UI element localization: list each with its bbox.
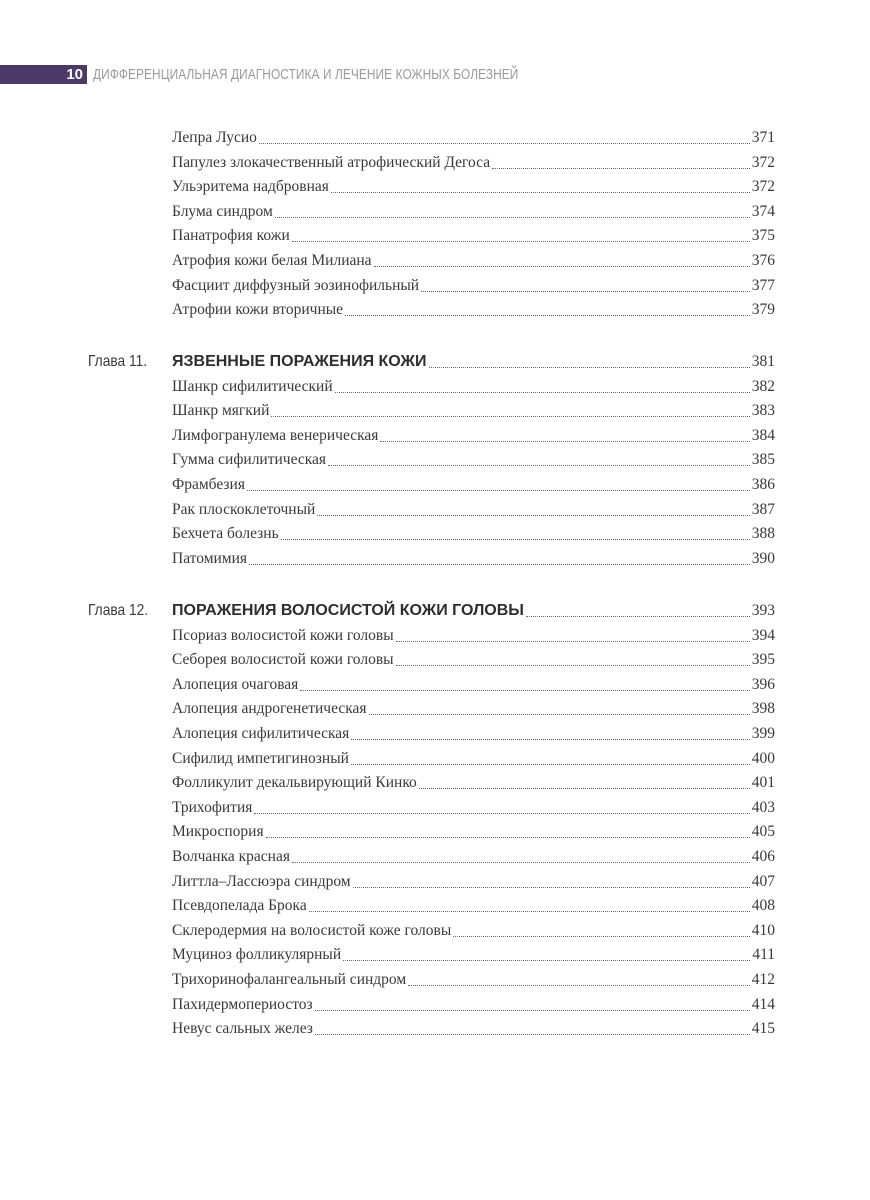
- entry-page-number: 405: [752, 821, 775, 843]
- dot-leader: [271, 415, 749, 417]
- dot-leader: [369, 713, 750, 715]
- entry-page-number: 376: [752, 250, 775, 272]
- entry-title: Сифилид импетигинозный: [172, 748, 349, 770]
- toc-entry[interactable]: Алопеция очаговая396: [172, 674, 775, 696]
- entry-title: Невус сальных желез: [172, 1018, 313, 1040]
- entry-title: Панатрофия кожи: [172, 225, 290, 247]
- toc-entry[interactable]: Трихоринофалангеальный синдром412: [172, 969, 775, 991]
- dot-leader: [275, 216, 750, 218]
- entry-page-number: 379: [752, 299, 775, 321]
- entry-title: Трихофития: [172, 797, 252, 819]
- entry-page-number: 383: [752, 400, 775, 422]
- chapter-label: Глава 12.: [88, 600, 160, 622]
- toc-entry[interactable]: Псориаз волосистой кожи головы394: [172, 625, 775, 647]
- entry-title: Псориаз волосистой кожи головы: [172, 625, 394, 647]
- entry-page-number: 403: [752, 797, 775, 819]
- chapter-heading[interactable]: Глава 11.ЯЗВЕННЫЕ ПОРАЖЕНИЯ КОЖИ381: [88, 351, 775, 373]
- entry-page-number: 385: [752, 449, 775, 471]
- toc-entry[interactable]: Шанкр сифилитический382: [172, 376, 775, 398]
- dot-leader: [351, 763, 750, 765]
- dot-leader: [408, 984, 750, 986]
- toc-entry[interactable]: Псевдопелада Брока408: [172, 895, 775, 917]
- toc-entry[interactable]: Лепра Лусио371: [172, 127, 775, 149]
- entry-title: Фасциит диффузный эозинофильный: [172, 275, 419, 297]
- running-header: 10 ДИФФЕРЕНЦИАЛЬНАЯ ДИАГНОСТИКА И ЛЕЧЕНИ…: [0, 65, 612, 84]
- entry-title: Лепра Лусио: [172, 127, 257, 149]
- chapter-title: ЯЗВЕННЫЕ ПОРАЖЕНИЯ КОЖИ: [172, 351, 427, 373]
- toc-entry[interactable]: Патомимия390: [172, 548, 775, 570]
- entry-title: Папулез злокачественный атрофический Дег…: [172, 152, 490, 174]
- dot-leader: [317, 514, 749, 516]
- entry-title: Бехчета болезнь: [172, 523, 279, 545]
- chapter-page-number: 393: [752, 600, 775, 622]
- entry-page-number: 398: [752, 698, 775, 720]
- dot-leader: [300, 689, 749, 691]
- running-title: ДИФФЕРЕНЦИАЛЬНАЯ ДИАГНОСТИКА И ЛЕЧЕНИЕ К…: [93, 67, 518, 83]
- dot-leader: [345, 314, 750, 316]
- entry-page-number: 388: [752, 523, 775, 545]
- entry-title: Ульэритема надбровная: [172, 176, 329, 198]
- entry-title: Литтла–Лассюэра синдром: [172, 871, 351, 893]
- toc-entry[interactable]: Литтла–Лассюэра синдром407: [172, 871, 775, 893]
- dot-leader: [419, 787, 750, 789]
- dot-leader: [380, 440, 749, 442]
- entry-title: Алопеция андрогенетическая: [172, 698, 367, 720]
- entry-title: Муциноз фолликулярный: [172, 944, 341, 966]
- toc-entry[interactable]: Муциноз фолликулярный411: [172, 944, 775, 966]
- toc-entry[interactable]: Невус сальных желез415: [172, 1018, 775, 1040]
- dot-leader: [453, 935, 750, 937]
- dot-leader: [266, 836, 750, 838]
- chapter-title: ПОРАЖЕНИЯ ВОЛОСИСТОЙ КОЖИ ГОЛОВЫ: [172, 600, 524, 622]
- toc-entry[interactable]: Алопеция сифилитическая399: [172, 723, 775, 745]
- toc-entry[interactable]: Лимфогранулема венерическая384: [172, 425, 775, 447]
- page-number: 10: [66, 66, 83, 83]
- entry-title: Лимфогранулема венерическая: [172, 425, 378, 447]
- dot-leader: [526, 615, 750, 617]
- dot-leader: [396, 640, 750, 642]
- entry-title: Атрофия кожи белая Милиана: [172, 250, 372, 272]
- entry-page-number: 375: [752, 225, 775, 247]
- entry-page-number: 406: [752, 846, 775, 868]
- entry-page-number: 372: [752, 176, 775, 198]
- dot-leader: [292, 861, 750, 863]
- entry-title: Атрофии кожи вторичные: [172, 299, 343, 321]
- dot-leader: [351, 738, 749, 740]
- toc-entry[interactable]: Трихофития403: [172, 797, 775, 819]
- entry-title: Склеродермия на волосистой коже головы: [172, 920, 451, 942]
- entry-title: Блума синдром: [172, 201, 273, 223]
- chapter-label: Глава 11.: [88, 351, 160, 373]
- dot-leader: [315, 1009, 750, 1011]
- dot-leader: [374, 265, 750, 267]
- dot-leader: [396, 664, 750, 666]
- dot-leader: [421, 290, 750, 292]
- entry-title: Волчанка красная: [172, 846, 290, 868]
- entry-page-number: 394: [752, 625, 775, 647]
- entry-title: Шанкр сифилитический: [172, 376, 333, 398]
- toc-entry[interactable]: Блума синдром374: [172, 201, 775, 223]
- toc-entry[interactable]: Сифилид импетигинозный400: [172, 748, 775, 770]
- entry-page-number: 415: [752, 1018, 775, 1040]
- dot-leader: [328, 464, 750, 466]
- entry-page-number: 414: [752, 994, 775, 1016]
- entry-title: Рак плоскоклеточный: [172, 499, 315, 521]
- dot-leader: [335, 391, 750, 393]
- entry-title: Фрамбезия: [172, 474, 245, 496]
- entry-page-number: 371: [752, 127, 775, 149]
- entry-title: Патомимия: [172, 548, 247, 570]
- toc-entry[interactable]: Алопеция андрогенетическая398: [172, 698, 775, 720]
- toc-entry[interactable]: Панатрофия кожи375: [172, 225, 775, 247]
- entry-title: Шанкр мягкий: [172, 400, 269, 422]
- toc-entry[interactable]: Бехчета болезнь388: [172, 523, 775, 545]
- dot-leader: [331, 191, 750, 193]
- chapter-heading[interactable]: Глава 12.ПОРАЖЕНИЯ ВОЛОСИСТОЙ КОЖИ ГОЛОВ…: [88, 600, 775, 622]
- dot-leader: [309, 910, 750, 912]
- entry-page-number: 377: [752, 275, 775, 297]
- entry-title: Алопеция очаговая: [172, 674, 298, 696]
- dot-leader: [315, 1033, 750, 1035]
- dot-leader: [292, 240, 750, 242]
- dot-leader: [259, 142, 750, 144]
- toc-entry[interactable]: Фасциит диффузный эозинофильный377: [172, 275, 775, 297]
- dot-leader: [254, 812, 749, 814]
- entry-page-number: 396: [752, 674, 775, 696]
- entry-title: Псевдопелада Брока: [172, 895, 307, 917]
- toc-entry[interactable]: Атрофия кожи белая Милиана376: [172, 250, 775, 272]
- dot-leader: [343, 959, 750, 961]
- dot-leader: [249, 563, 750, 565]
- entry-page-number: 387: [752, 499, 775, 521]
- chapter-page-number: 381: [752, 351, 775, 373]
- dot-leader: [492, 167, 750, 169]
- toc-entry[interactable]: Себорея волосистой кожи головы395: [172, 649, 775, 671]
- dot-leader: [429, 366, 750, 368]
- entry-title: Пахидермопериостоз: [172, 994, 313, 1016]
- entry-page-number: 372: [752, 152, 775, 174]
- page-number-badge: 10: [0, 65, 87, 84]
- entry-title: Трихоринофалангеальный синдром: [172, 969, 406, 991]
- entry-page-number: 408: [752, 895, 775, 917]
- toc-entry[interactable]: Микроспория405: [172, 821, 775, 843]
- entry-title: Себорея волосистой кожи головы: [172, 649, 394, 671]
- entry-page-number: 384: [752, 425, 775, 447]
- dot-leader: [247, 489, 750, 491]
- entry-page-number: 401: [752, 772, 775, 794]
- entry-page-number: 407: [752, 871, 775, 893]
- toc-entry[interactable]: Фрамбезия386: [172, 474, 775, 496]
- toc-entry[interactable]: Фолликулит декальвирующий Кинко401: [172, 772, 775, 794]
- toc-entry[interactable]: Волчанка красная406: [172, 846, 775, 868]
- entry-page-number: 412: [752, 969, 775, 991]
- toc-entry[interactable]: Рак плоскоклеточный387: [172, 499, 775, 521]
- entry-page-number: 390: [752, 548, 775, 570]
- toc-entry[interactable]: Атрофии кожи вторичные379: [172, 299, 775, 321]
- dot-leader: [281, 538, 750, 540]
- toc-entry[interactable]: Склеродермия на волосистой коже головы41…: [172, 920, 775, 942]
- toc-entry[interactable]: Пахидермопериостоз414: [172, 994, 775, 1016]
- toc-entry[interactable]: Ульэритема надбровная372: [172, 176, 775, 198]
- entry-page-number: 382: [752, 376, 775, 398]
- entry-page-number: 399: [752, 723, 775, 745]
- toc-entry[interactable]: Шанкр мягкий383: [172, 400, 775, 422]
- toc-entry[interactable]: Папулез злокачественный атрофический Дег…: [172, 152, 775, 174]
- dot-leader: [353, 886, 750, 888]
- entry-page-number: 410: [752, 920, 775, 942]
- entry-title: Алопеция сифилитическая: [172, 723, 349, 745]
- entry-title: Фолликулит декальвирующий Кинко: [172, 772, 417, 794]
- entry-page-number: 411: [752, 944, 775, 966]
- toc-entry[interactable]: Гумма сифилитическая385: [172, 449, 775, 471]
- entry-page-number: 386: [752, 474, 775, 496]
- entry-title: Микроспория: [172, 821, 264, 843]
- entry-page-number: 395: [752, 649, 775, 671]
- entry-page-number: 374: [752, 201, 775, 223]
- entry-title: Гумма сифилитическая: [172, 449, 326, 471]
- entry-page-number: 400: [752, 748, 775, 770]
